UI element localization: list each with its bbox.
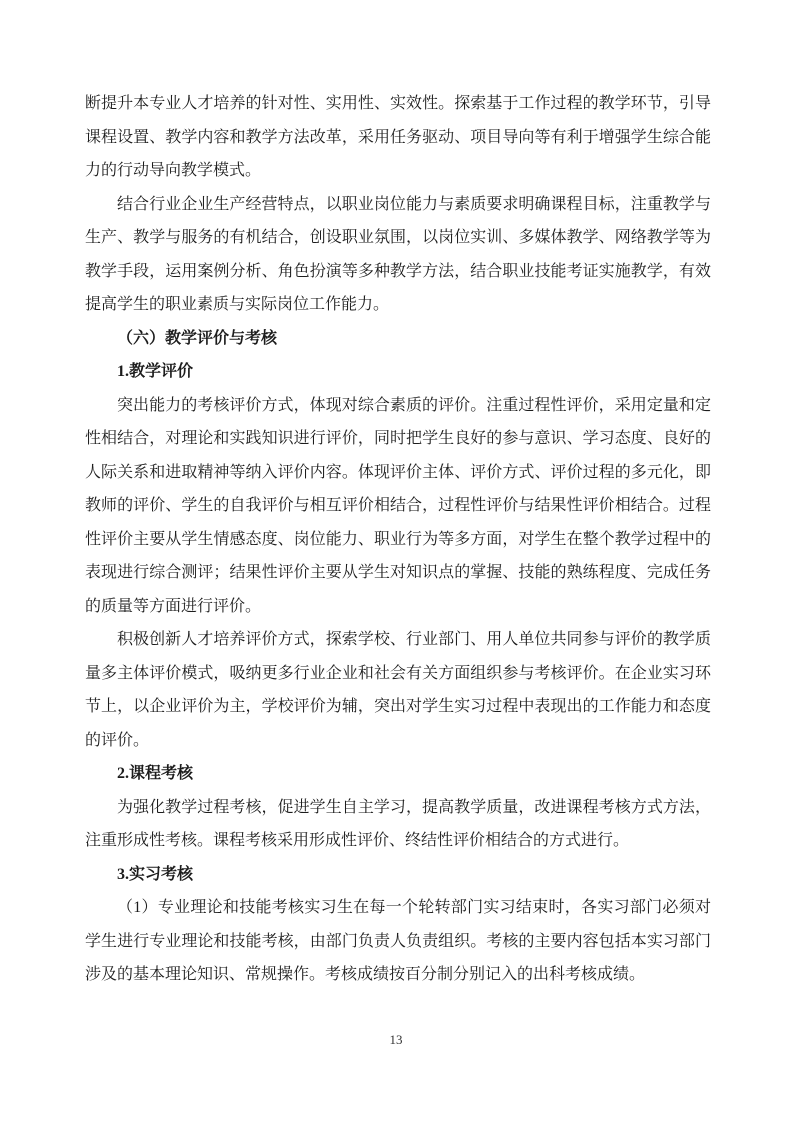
subsection-heading-internship-assessment: 3.实习考核 [85, 858, 711, 892]
paragraph-continuation: 断提升本专业人才培养的针对性、实用性、实效性。探索基于工作过程的教学环节，引导课… [85, 87, 711, 188]
paragraph: 为强化教学过程考核，促进学生自主学习，提高教学质量，改进课程考核方式方法，注重形… [85, 791, 711, 858]
section-heading-teaching-evaluation-and-assessment: （六）教学评价与考核 [85, 322, 711, 356]
subsection-heading-teaching-evaluation: 1.教学评价 [85, 355, 711, 389]
subsection-heading-course-assessment: 2.课程考核 [85, 757, 711, 791]
paragraph: （1）专业理论和技能考核实习生在每一个轮转部门实习结束时，各实习部门必须对学生进… [85, 891, 711, 992]
paragraph: 突出能力的考核评价方式，体现对综合素质的评价。注重过程性评价，采用定量和定性相结… [85, 389, 711, 624]
document-body: 断提升本专业人才培养的针对性、实用性、实效性。探索基于工作过程的教学环节，引导课… [85, 87, 711, 992]
paragraph: 积极创新人才培养评价方式，探索学校、行业部门、用人单位共同参与评价的教学质量多主… [85, 623, 711, 757]
document-page: 断提升本专业人才培养的针对性、实用性、实效性。探索基于工作过程的教学环节，引导课… [0, 0, 792, 1121]
paragraph: 结合行业企业生产经营特点，以职业岗位能力与素质要求明确课程目标，注重教学与生产、… [85, 188, 711, 322]
page-number: 13 [0, 1030, 792, 1050]
